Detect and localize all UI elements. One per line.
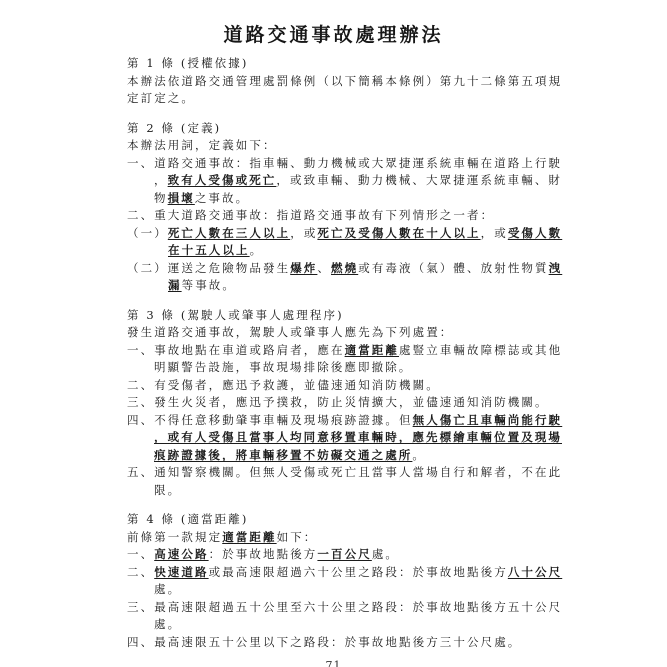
body-text: 第 2 條 (定義)	[127, 121, 221, 135]
body-text: 前條第一款規定	[127, 530, 222, 544]
text-line: 第 1 條 (授權依據)	[127, 55, 557, 73]
body-text: 處豎立車輛故障標誌或其他	[399, 343, 562, 357]
body-text: 定訂定之。	[127, 91, 195, 105]
text-line: 四、最高速限五十公里以下之路段：於事故地點後方三十公尺處。	[127, 634, 557, 652]
body-text: 處。	[154, 617, 181, 631]
body-text: 第 3 條 (駕駛人或肇事人處理程序)	[127, 308, 344, 322]
article-4: 第 4 條 (適當距離)前條第一款規定適當距離如下：一、高速公路：於事故地點後方…	[127, 511, 557, 651]
emphasized-text: 爆炸	[290, 261, 317, 275]
text-line: 第 3 條 (駕駛人或肇事人處理程序)	[127, 307, 557, 325]
emphasized-text: 高速公路	[154, 547, 208, 561]
emphasized-text: ，或有人受傷且當事人均同意移置車輛時，應先標繪車輛位置及現場	[154, 430, 562, 444]
emphasized-text: 損壞	[168, 191, 195, 205]
text-line: ，或有人受傷且當事人均同意移置車輛時，應先標繪車輛位置及現場	[127, 429, 557, 447]
text-line: 處。	[127, 581, 557, 599]
emphasized-text: 適當距離	[222, 530, 276, 544]
body-text: 一、道路交通事故：指車輛、動力機械或大眾捷運系統車輛在道路上行駛	[127, 156, 562, 170]
body-text: 五、通知警察機關。但無人受傷或死亡且當事人當場自行和解者，不在此	[127, 465, 562, 479]
text-line: 一、高速公路：於事故地點後方一百公尺處。	[127, 546, 557, 564]
body-text: 如下：	[277, 530, 318, 544]
emphasized-text: 無人傷亡且車輛尚能行駛	[413, 413, 563, 427]
text-line: 前條第一款規定適當距離如下：	[127, 529, 557, 547]
body-text: 二、	[127, 565, 154, 579]
text-line: （一）死亡人數在三人以上，或死亡及受傷人數在十人以上，或受傷人數	[127, 225, 557, 243]
text-line: 定訂定之。	[127, 90, 557, 108]
emphasized-text: 漏	[168, 278, 182, 292]
text-line: 五、通知警察機關。但無人受傷或死亡且當事人當場自行和解者，不在此	[127, 464, 557, 482]
body-text: 第 1 條 (授權依據)	[127, 56, 248, 70]
body-text: 之事故。	[195, 191, 249, 205]
emphasized-text: 快速道路	[154, 565, 208, 579]
emphasized-text: 受傷人數	[508, 226, 562, 240]
text-line: 發生道路交通事故，駕駛人或肇事人應先為下列處置：	[127, 324, 557, 342]
body-text: 二、有受傷者，應迅予救護，並儘速通知消防機關。	[127, 378, 440, 392]
text-line: 二、快速道路或最高速限超過六十公里之路段：於事故地點後方八十公尺	[127, 564, 557, 582]
body-text: 。	[412, 448, 426, 462]
article-3: 第 3 條 (駕駛人或肇事人處理程序)發生道路交通事故，駕駛人或肇事人應先為下列…	[127, 307, 557, 500]
body-text: 一、	[127, 547, 154, 561]
body-text: 限。	[154, 483, 181, 497]
page-title: 道路交通事故處理辦法	[0, 20, 667, 47]
body-text: 四、最高速限五十公里以下之路段：於事故地點後方三十公尺處。	[127, 635, 521, 649]
body-text: 物	[154, 191, 168, 205]
body-text: 三、最高速限超過五十公里至六十公里之路段：於事故地點後方五十公尺	[127, 600, 562, 614]
text-line: 一、道路交通事故：指車輛、動力機械或大眾捷運系統車輛在道路上行駛	[127, 155, 557, 173]
document-body: 第 1 條 (授權依據)本辦法依道路交通管理處罰條例（以下簡稱本條例）第九十二條…	[127, 55, 557, 651]
emphasized-text: 一百公尺	[317, 547, 371, 561]
body-text: 、	[317, 261, 331, 275]
body-text: 處。	[154, 582, 181, 596]
body-text: ，或	[481, 226, 508, 240]
page-number: 71	[0, 659, 667, 667]
text-line: 四、不得任意移動肇事車輛及現場痕跡證據。但無人傷亡且車輛尚能行駛	[127, 412, 557, 430]
body-text: ：於事故地點後方	[209, 547, 318, 561]
body-text: （二）運送之危險物品發生	[127, 261, 290, 275]
body-text: （一）	[127, 226, 168, 240]
text-line: 二、重大道路交通事故：指道路交通事故有下列情形之一者：	[127, 207, 557, 225]
body-text: 等事故。	[182, 278, 236, 292]
body-text: ，或致車輛、動力機械、大眾捷運系統車輛、財	[276, 173, 562, 187]
text-line: 三、最高速限超過五十公里至六十公里之路段：於事故地點後方五十公尺	[127, 599, 557, 617]
text-line: 明顯警告設施，事故現場排除後應即撤除。	[127, 359, 557, 377]
emphasized-text: 致有人受傷或死亡	[168, 173, 277, 187]
text-line: 漏等事故。	[127, 277, 557, 295]
document-page: 道路交通事故處理辦法 第 1 條 (授權依據)本辦法依道路交通管理處罰條例（以下…	[0, 0, 667, 667]
emphasized-text: 在十五人以上	[168, 243, 250, 257]
emphasized-text: 適當距離	[345, 343, 399, 357]
emphasized-text: 痕跡證據後，將車輛移置不妨礙交通之處所	[154, 448, 412, 462]
emphasized-text: 八十公尺	[508, 565, 562, 579]
body-text: 或有毒液（氣）體、放射性物質	[358, 261, 548, 275]
text-line: ，致有人受傷或死亡，或致車輛、動力機械、大眾捷運系統車輛、財	[127, 172, 557, 190]
body-text: 一、事故地點在車道或路肩者，應在	[127, 343, 345, 357]
text-line: 第 4 條 (適當距離)	[127, 511, 557, 529]
text-line: 第 2 條 (定義)	[127, 120, 557, 138]
text-line: 在十五人以上。	[127, 242, 557, 260]
body-text: 發生道路交通事故，駕駛人或肇事人應先為下列處置：	[127, 325, 453, 339]
body-text: 三、發生火災者，應迅予撲救，防止災情擴大，並儘速通知消防機關。	[127, 395, 549, 409]
text-line: 一、事故地點在車道或路肩者，應在適當距離處豎立車輛故障標誌或其他	[127, 342, 557, 360]
body-text: 二、重大道路交通事故：指道路交通事故有下列情形之一者：	[127, 208, 494, 222]
body-text: 四、不得任意移動肇事車輛及現場痕跡證據。但	[127, 413, 413, 427]
text-line: 三、發生火災者，應迅予撲救，防止災情擴大，並儘速通知消防機關。	[127, 394, 557, 412]
text-line: 限。	[127, 482, 557, 500]
body-text: 或最高速限超過六十公里之路段：於事故地點後方	[209, 565, 508, 579]
text-line: 本辦法用詞，定義如下：	[127, 137, 557, 155]
text-line: 物損壞之事故。	[127, 190, 557, 208]
body-text: ，或	[290, 226, 317, 240]
body-text: 本辦法用詞，定義如下：	[127, 138, 277, 152]
article-2: 第 2 條 (定義)本辦法用詞，定義如下：一、道路交通事故：指車輛、動力機械或大…	[127, 120, 557, 295]
text-line: 本辦法依道路交通管理處罰條例（以下簡稱本條例）第九十二條第五項規	[127, 73, 557, 91]
emphasized-text: 洩	[549, 261, 563, 275]
body-text: 第 4 條 (適當距離)	[127, 512, 248, 526]
body-text: 處。	[372, 547, 399, 561]
text-line: （二）運送之危險物品發生爆炸、燃燒或有毒液（氣）體、放射性物質洩	[127, 260, 557, 278]
article-1: 第 1 條 (授權依據)本辦法依道路交通管理處罰條例（以下簡稱本條例）第九十二條…	[127, 55, 557, 108]
emphasized-text: 燃燒	[331, 261, 358, 275]
body-text: 本辦法依道路交通管理處罰條例（以下簡稱本條例）第九十二條第五項規	[127, 74, 562, 88]
body-text: ，	[154, 173, 168, 187]
text-line: 痕跡證據後，將車輛移置不妨礙交通之處所。	[127, 447, 557, 465]
emphasized-text: 死亡人數在三人以上	[168, 226, 290, 240]
emphasized-text: 死亡及受傷人數在十人以上	[317, 226, 480, 240]
body-text: 明顯警告設施，事故現場排除後應即撤除。	[154, 360, 412, 374]
text-line: 處。	[127, 616, 557, 634]
body-text: 。	[250, 243, 264, 257]
text-line: 二、有受傷者，應迅予救護，並儘速通知消防機關。	[127, 377, 557, 395]
